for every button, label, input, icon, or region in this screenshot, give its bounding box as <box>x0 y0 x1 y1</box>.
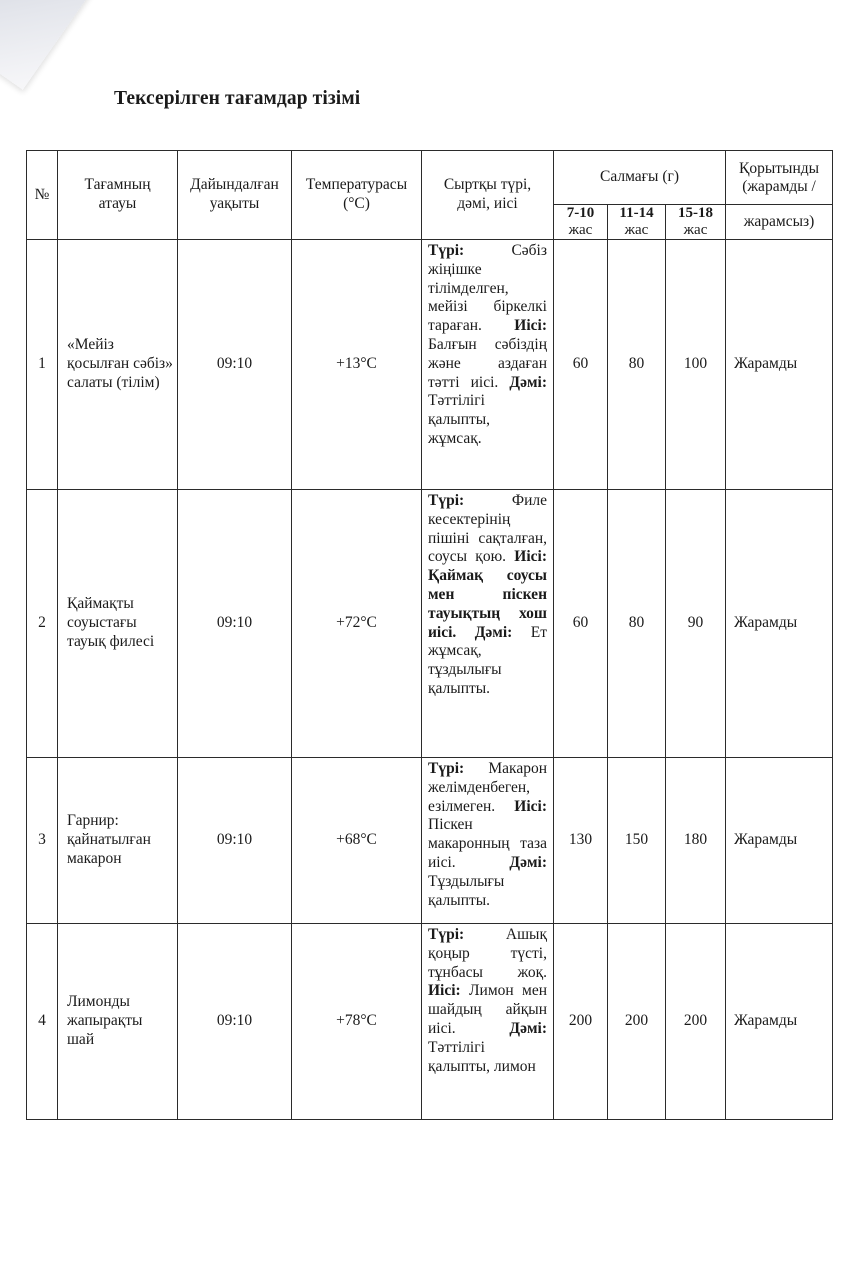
weight-15-18: 200 <box>666 924 726 1120</box>
result-status: Жарамды <box>726 490 833 758</box>
food-name: Лимонды жапырақты шай <box>58 924 178 1120</box>
row-num: 4 <box>27 924 58 1120</box>
weight-11-14: 200 <box>608 924 666 1120</box>
table-row: 4 Лимонды жапырақты шай 09:10 +78°C Түрі… <box>27 924 833 1120</box>
header-appearance: Сыртқы түрі, дәмі, иісі <box>422 151 554 240</box>
result-status: Жарамды <box>726 924 833 1120</box>
prep-time: 09:10 <box>178 240 292 490</box>
weight-7-10: 130 <box>554 758 608 924</box>
temperature: +78°C <box>292 924 422 1120</box>
row-num: 1 <box>27 240 58 490</box>
weight-11-14: 150 <box>608 758 666 924</box>
prep-time: 09:10 <box>178 924 292 1120</box>
weight-15-18: 180 <box>666 758 726 924</box>
weight-11-14: 80 <box>608 490 666 758</box>
description-label: Иісі: <box>514 317 547 334</box>
header-result-top-text: Қорытынды (жарамды / <box>729 160 829 196</box>
prep-time: 09:10 <box>178 758 292 924</box>
description-label: Дәмі: <box>509 854 547 871</box>
age-unit: жас <box>608 222 665 239</box>
result-status: Жарамды <box>726 240 833 490</box>
description-label: Түрі: <box>428 492 464 509</box>
weight-15-18: 100 <box>666 240 726 490</box>
description-text: Тәттілігі қалыпты, лимон <box>428 1039 536 1075</box>
description-text: Тұздылығы қалыпты. <box>428 873 504 909</box>
weight-11-14: 80 <box>608 240 666 490</box>
age-range: 15-18 <box>666 205 725 222</box>
description-label: Иісі: <box>514 798 547 815</box>
description-label: Дәмі: <box>509 1020 547 1037</box>
header-age-7-10: 7-10жас <box>554 205 608 240</box>
header-name: Тағамның атауы <box>58 151 178 240</box>
temperature: +13°C <box>292 240 422 490</box>
food-name: «Мейіз қосылған сәбіз» салаты (тілім) <box>58 240 178 490</box>
age-unit: жас <box>666 222 725 239</box>
header-weight: Салмағы (г) <box>554 151 726 205</box>
weight-7-10: 60 <box>554 240 608 490</box>
age-range: 11-14 <box>608 205 665 222</box>
description-text: Тәттілігі қалыпты, жұмсақ. <box>428 392 490 447</box>
header-result-top: Қорытынды (жарамды / <box>726 151 833 205</box>
weight-15-18: 90 <box>666 490 726 758</box>
header-result-bottom: жарамсыз) <box>726 205 833 240</box>
age-unit: жас <box>554 222 607 239</box>
header-name-text: Тағамның атауы <box>73 176 163 213</box>
table-row: 1 «Мейіз қосылған сәбіз» салаты (тілім) … <box>27 240 833 490</box>
appearance-description: Түрі: Филе кесектерінің пішіні сақталған… <box>422 490 554 758</box>
header-prep-time: Дайындалған уақыты <box>178 151 292 240</box>
description-label: Түрі: <box>428 760 464 777</box>
result-status: Жарамды <box>726 758 833 924</box>
appearance-description: Түрі: Сәбіз жіңішке тілімделген, мейізі … <box>422 240 554 490</box>
description-label: Иісі: <box>428 982 461 999</box>
description-label: Түрі: <box>428 926 464 943</box>
row-num: 2 <box>27 490 58 758</box>
document-title: Тексерілген тағамдар тізімі <box>114 88 360 110</box>
appearance-description: Түрі: Ашық қоңыр түсті, тұнбасы жоқ. Иіс… <box>422 924 554 1120</box>
row-num: 3 <box>27 758 58 924</box>
weight-7-10: 200 <box>554 924 608 1120</box>
food-name: Қаймақты соуыстағы тауық филесі <box>58 490 178 758</box>
temperature: +68°C <box>292 758 422 924</box>
header-appearance-text: Сыртқы түрі, дәмі, иісі <box>436 176 540 213</box>
prep-time: 09:10 <box>178 490 292 758</box>
header-prep-time-text: Дайындалған уақыты <box>181 176 289 213</box>
food-name: Гарнир: қайнатылған макарон <box>58 758 178 924</box>
page-corner-fold <box>0 0 97 90</box>
table-row: 3 Гарнир: қайнатылған макарон 09:10 +68°… <box>27 758 833 924</box>
temperature: +72°C <box>292 490 422 758</box>
appearance-description: Түрі: Макарон желімденбеген, езілмеген. … <box>422 758 554 924</box>
header-num: № <box>27 151 58 240</box>
header-temperature-text: Температурасы (°C) <box>297 176 417 213</box>
weight-7-10: 60 <box>554 490 608 758</box>
header-age-11-14: 11-14жас <box>608 205 666 240</box>
description-label: Түрі: <box>428 242 464 259</box>
table-row: 2 Қаймақты соуыстағы тауық филесі 09:10 … <box>27 490 833 758</box>
description-label: Дәмі: <box>509 374 547 391</box>
age-range: 7-10 <box>554 205 607 222</box>
header-age-15-18: 15-18жас <box>666 205 726 240</box>
header-temperature: Температурасы (°C) <box>292 151 422 240</box>
inspected-food-table: № Тағамның атауы Дайындалған уақыты Темп… <box>26 150 833 1120</box>
